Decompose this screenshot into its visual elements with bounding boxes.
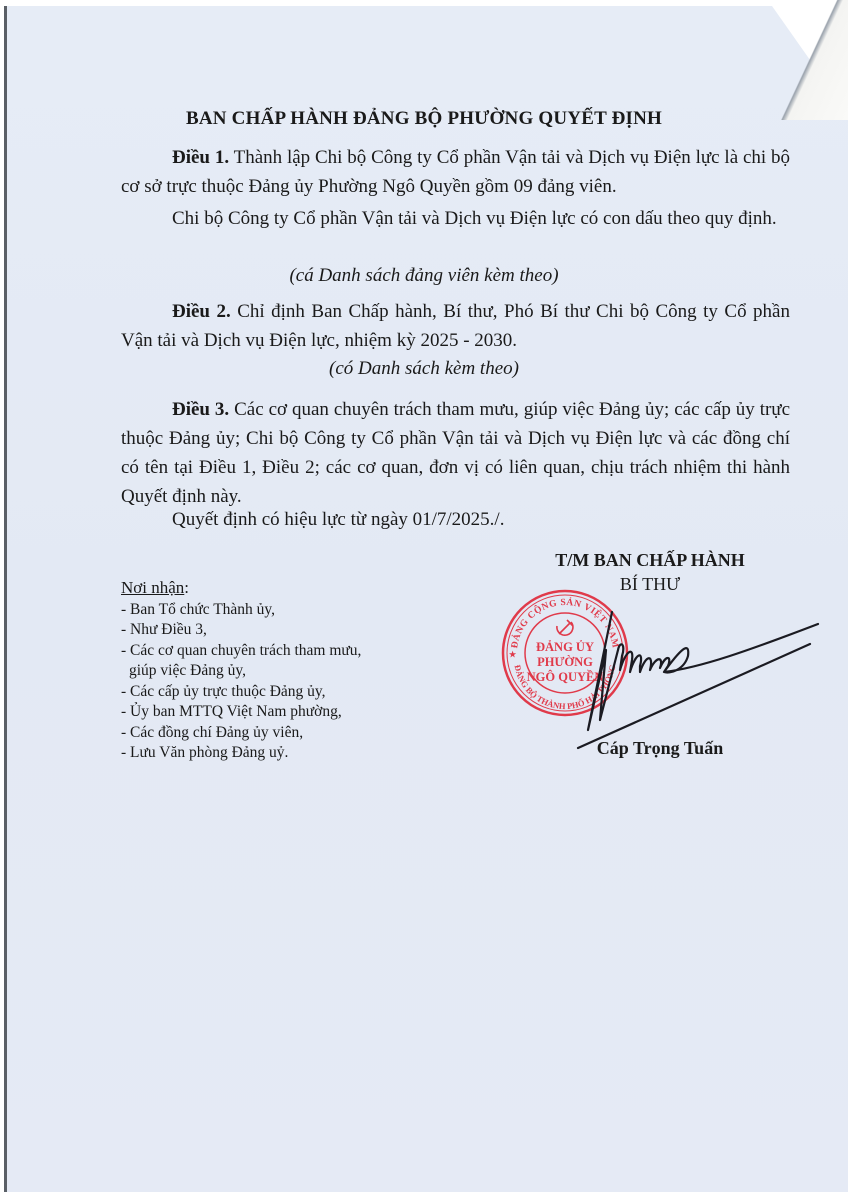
article-2-label: Điều 2. [172,301,231,322]
recipient-item: - Các cơ quan chuyên trách tham mưu, [121,641,361,662]
recipient-item: - Như Điều 3, [121,620,361,641]
signer-name: Cáp Trọng Tuấn [510,738,810,759]
article-1-note: (cá Danh sách đảng viên kèm theo) [0,265,848,287]
page-fold-corner [772,0,848,120]
article-2: Điều 2. Chỉ định Ban Chấp hành, Bí thư, … [121,297,790,355]
decision-heading: BAN CHẤP HÀNH ĐẢNG BỘ PHƯỜNG QUYẾT ĐỊNH [0,108,848,130]
recipient-item: - Lưu Văn phòng Đảng uỷ. [121,743,361,764]
handwritten-signature [560,610,830,750]
svg-text:★: ★ [509,650,517,659]
article-3-label: Điều 3. [172,399,229,420]
recipient-item: - Các cấp ủy trực thuộc Đảng ủy, [121,682,361,703]
article-1-label: Điều 1. [172,147,229,168]
recipients-list: Nơi nhận: - Ban Tổ chức Thành ủy, - Như … [121,578,361,764]
article-1: Điều 1. Thành lập Chi bộ Công ty Cổ phần… [121,143,790,201]
signature-on-behalf: T/M BAN CHẤP HÀNH [500,550,800,571]
recipient-item: - Các đồng chí Đảng ủy viên, [121,723,361,744]
recipient-item: - Ban Tổ chức Thành ủy, [121,600,361,621]
article-1-paragraph-2: Chi bộ Công ty Cổ phần Vận tải và Dịch v… [121,204,790,233]
recipient-item: - Ủy ban MTTQ Việt Nam phường, [121,702,361,723]
article-2-note: (có Danh sách kèm theo) [0,358,848,380]
recipients-heading: Nơi nhận [121,578,184,597]
recipient-item-continuation: giúp việc Đảng ủy, [121,661,361,682]
effective-date: Quyết định có hiệu lực từ ngày 01/7/2025… [121,505,790,534]
article-3: Điều 3. Các cơ quan chuyên trách tham mư… [121,395,790,511]
